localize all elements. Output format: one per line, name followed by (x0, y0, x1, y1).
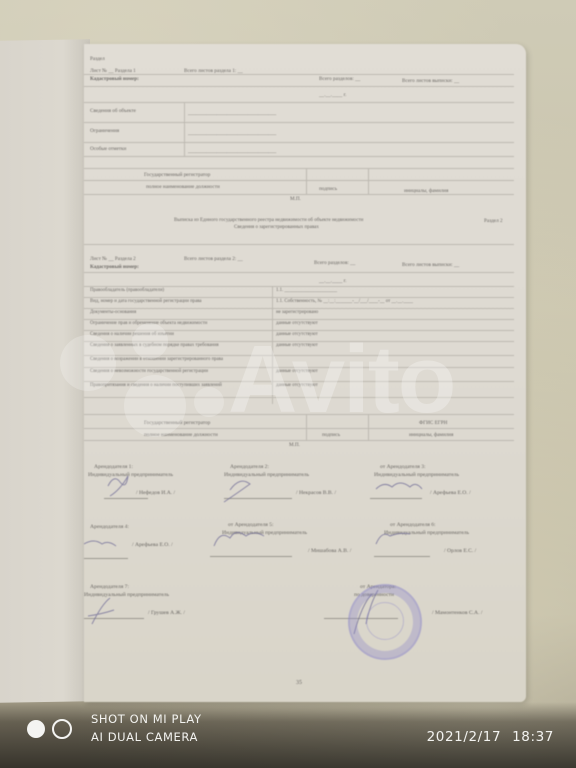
left-page (0, 39, 90, 703)
camera-date: 2021/2/17 (427, 729, 502, 745)
round-seal-stamp (348, 584, 422, 660)
camera-dot-filled-icon (27, 720, 45, 738)
camera-dot-ring-icon (52, 719, 72, 739)
document-page: Раздел Лист № __ Раздела 1 Всего листов … (84, 44, 526, 702)
page-number: 35 (296, 680, 302, 686)
handwritten-signatures (84, 44, 526, 702)
camera-datetime: 2021/2/17 18:37 (427, 729, 554, 745)
camera-label-line-2: AI DUAL CAMERA (91, 730, 198, 744)
camera-label-line-1: SHOT ON MI PLAY (91, 712, 202, 726)
camera-time: 18:37 (512, 729, 554, 745)
